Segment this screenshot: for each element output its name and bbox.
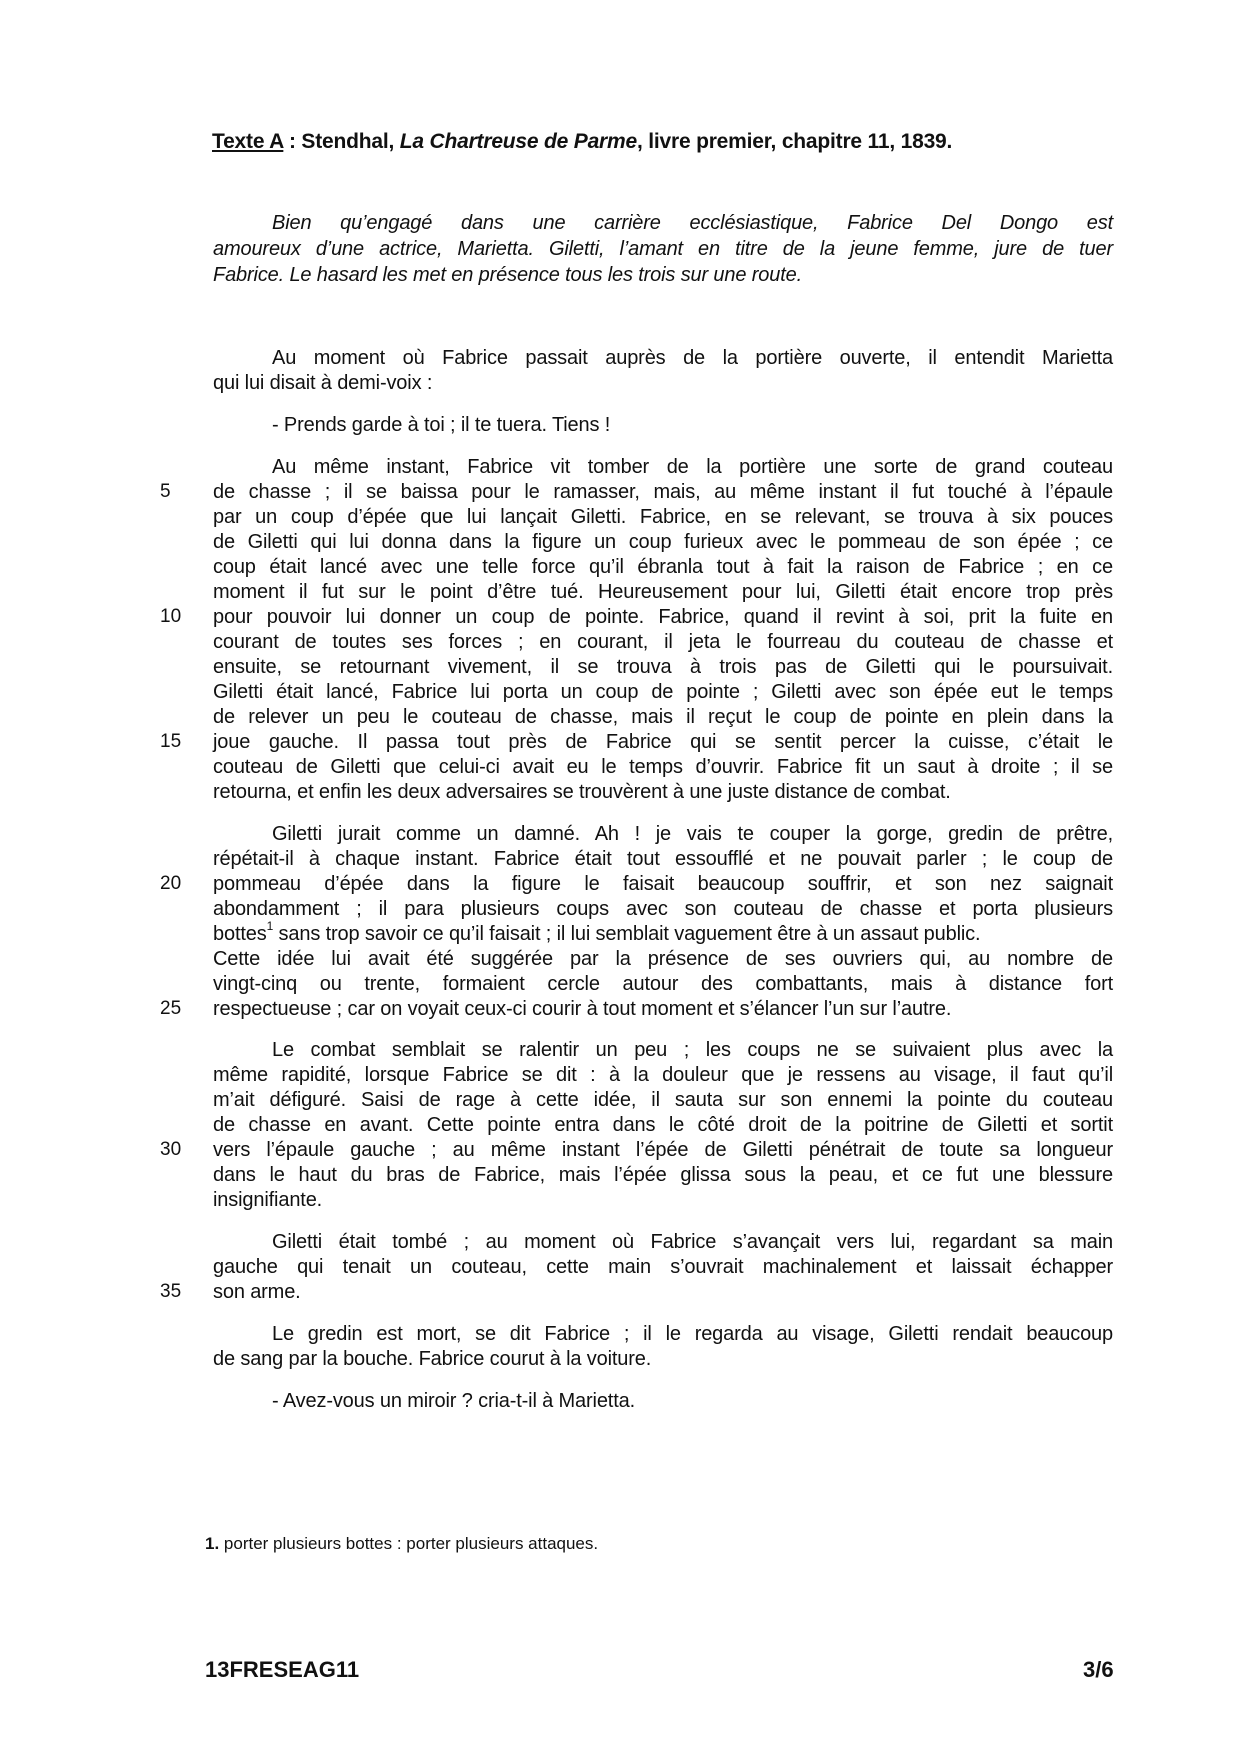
author: Stendhal, bbox=[301, 130, 399, 153]
document-title: Texte A : Stendhal, La Chartreuse de Par… bbox=[212, 130, 952, 154]
text-line: de Giletti qui lui donna dans la figure … bbox=[213, 530, 1113, 554]
text-line: m’ait défiguré. Saisi de rage à cette id… bbox=[213, 1088, 1113, 1112]
work-title: La Chartreuse de Parme bbox=[400, 130, 637, 153]
text-line: de sang par la bouche. Fabrice courut à … bbox=[213, 1347, 1113, 1371]
page-number: 3/6 bbox=[1083, 1657, 1114, 1683]
text-line: Au même instant, Fabrice vit tomber de l… bbox=[272, 455, 1113, 479]
line-number: 10 bbox=[160, 605, 190, 629]
text-line: - Avez-vous un miroir ? cria-t-il à Mari… bbox=[272, 1389, 1113, 1413]
text-line: gauche qui tenait un couteau, cette main… bbox=[213, 1255, 1113, 1279]
line-number: 5 bbox=[160, 480, 190, 504]
text-line: répétait-il à chaque instant. Fabrice ét… bbox=[213, 847, 1113, 871]
title-details: , livre premier, chapitre 11, 1839. bbox=[637, 130, 952, 153]
intro-line: Bien qu’engagé dans une carrière ecclési… bbox=[272, 211, 1113, 235]
text-line: vingt-cinq ou trente, formaient cercle a… bbox=[213, 972, 1113, 996]
text-line: pour pouvoir lui donner un coup de point… bbox=[213, 605, 1113, 629]
footnote-ref: 1 bbox=[267, 919, 274, 933]
text-line: de chasse en avant. Cette pointe entra d… bbox=[213, 1113, 1113, 1137]
text-line: dans le haut du bras de Fabrice, mais l’… bbox=[213, 1163, 1113, 1187]
text-line: ensuite, se retournant vivement, il se t… bbox=[213, 655, 1113, 679]
text-line: même rapidité, lorsque Fabrice se dit : … bbox=[213, 1063, 1113, 1087]
line-number: 15 bbox=[160, 730, 190, 754]
text-line: vers l’épaule gauche ; au même instant l… bbox=[213, 1138, 1113, 1162]
line-number: 20 bbox=[160, 872, 190, 896]
text-line: respectueuse ; car on voyait ceux-ci cou… bbox=[213, 997, 1113, 1021]
line-number: 35 bbox=[160, 1280, 190, 1304]
text-label: Texte A bbox=[212, 130, 283, 153]
intro-line: amoureux d’une actrice, Marietta. Gilett… bbox=[213, 237, 1113, 261]
text-line: de chasse ; il se baissa pour le ramasse… bbox=[213, 480, 1113, 504]
text-line: par un coup d’épée que lui lançait Gilet… bbox=[213, 505, 1113, 529]
footnote: 1. porter plusieurs bottes : porter plus… bbox=[205, 1533, 598, 1555]
text-line: joue gauche. Il passa tout près de Fabri… bbox=[213, 730, 1113, 754]
text-line: Le gredin est mort, se dit Fabrice ; il … bbox=[272, 1322, 1113, 1346]
text-line: son arme. bbox=[213, 1280, 1113, 1304]
text-line: Giletti jurait comme un damné. Ah ! je v… bbox=[272, 822, 1113, 846]
text-line: coup était lancé avec une telle force qu… bbox=[213, 555, 1113, 579]
intro-line: Fabrice. Le hasard les met en présence t… bbox=[213, 263, 1113, 287]
footnote-number: 1. bbox=[205, 1534, 219, 1553]
footnote-text: porter plusieurs bottes : porter plusieu… bbox=[219, 1534, 598, 1553]
document-code: 13FRESEAG11 bbox=[205, 1657, 359, 1683]
text-line-rest: sans trop savoir ce qu’il faisait ; il l… bbox=[273, 923, 980, 945]
text-line: bottes1 sans trop savoir ce qu’il faisai… bbox=[213, 922, 1113, 946]
document-page: Texte A : Stendhal, La Chartreuse de Par… bbox=[0, 0, 1240, 1754]
text-line: retourna, et enfin les deux adversaires … bbox=[213, 780, 1113, 804]
text-line: - Prends garde à toi ; il te tuera. Tien… bbox=[272, 413, 1113, 437]
text-line: moment il fut sur le point d’être tué. H… bbox=[213, 580, 1113, 604]
line-number: 30 bbox=[160, 1138, 190, 1162]
title-separator: : bbox=[283, 130, 301, 153]
text-line: insignifiante. bbox=[213, 1188, 1113, 1212]
text-line: Giletti était lancé, Fabrice lui porta u… bbox=[213, 680, 1113, 704]
text-line: Giletti était tombé ; au moment où Fabri… bbox=[272, 1230, 1113, 1254]
line-number: 25 bbox=[160, 997, 190, 1021]
text-line: abondamment ; il para plusieurs coups av… bbox=[213, 897, 1113, 921]
text-line: pommeau d’épée dans la figure le faisait… bbox=[213, 872, 1113, 896]
text-line: Cette idée lui avait été suggérée par la… bbox=[213, 947, 1113, 971]
text-line: couteau de Giletti que celui-ci avait eu… bbox=[213, 755, 1113, 779]
text-line: qui lui disait à demi-voix : bbox=[213, 371, 1113, 395]
text-line: Au moment où Fabrice passait auprès de l… bbox=[272, 346, 1113, 370]
text-line: Le combat semblait se ralentir un peu ; … bbox=[272, 1038, 1113, 1062]
text-line: de relever un peu le couteau de chasse, … bbox=[213, 705, 1113, 729]
word-bottes: bottes bbox=[213, 923, 267, 945]
text-line: courant de toutes ses forces ; en couran… bbox=[213, 630, 1113, 654]
